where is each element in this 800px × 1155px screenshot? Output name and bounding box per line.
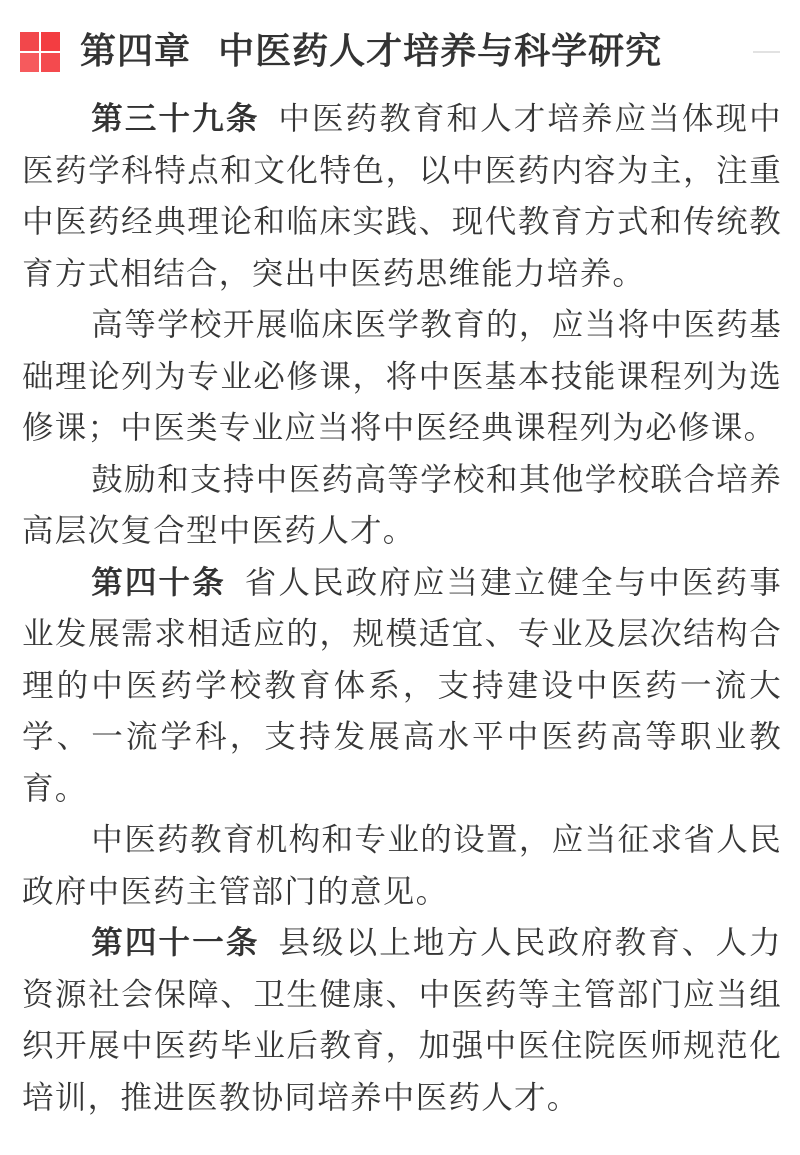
article-40-paragraph-2: 中医药教育机构和专业的设置，应当征求省人民政府中医药主管部门的意见。 bbox=[22, 815, 782, 918]
article-39-paragraph-2: 高等学校开展临床医学教育的，应当将中医药基础理论列为专业必修课，将中医基本技能课… bbox=[22, 300, 782, 455]
article-40-paragraph-1: 第四十条省人民政府应当建立健全与中医药事业发展需求相适应的，规模适宜、专业及层次… bbox=[22, 558, 782, 816]
article-number: 第四十条 bbox=[91, 565, 226, 601]
paragraph-text: 高等学校开展临床医学教育的，应当将中医药基础理论列为专业必修课，将中医基本技能课… bbox=[22, 307, 782, 446]
article-39-paragraph-1: 第三十九条中医药教育和人才培养应当体现中医药学科特点和文化特色，以中医药内容为主… bbox=[22, 94, 782, 300]
article-number: 第三十九条 bbox=[91, 101, 259, 137]
article-content: 第三十九条中医药教育和人才培养应当体现中医药学科特点和文化特色，以中医药内容为主… bbox=[22, 94, 782, 1124]
paragraph-text: 鼓励和支持中医药高等学校和其他学校联合培养高层次复合型中医药人才。 bbox=[22, 462, 782, 550]
chapter-header: 第四章 中医药人才培养与科学研究 bbox=[20, 26, 790, 78]
article-number: 第四十一条 bbox=[91, 925, 259, 961]
chapter-title: 第四章 中医药人才培养与科学研究 bbox=[80, 26, 662, 78]
grid-icon-cell bbox=[20, 32, 39, 51]
article-41-paragraph-1: 第四十一条县级以上地方人民政府教育、人力资源社会保障、卫生健康、中医药等主管部门… bbox=[22, 918, 782, 1124]
header-divider bbox=[753, 51, 780, 53]
article-39-paragraph-3: 鼓励和支持中医药高等学校和其他学校联合培养高层次复合型中医药人才。 bbox=[22, 455, 782, 558]
paragraph-text: 中医药教育机构和专业的设置，应当征求省人民政府中医药主管部门的意见。 bbox=[22, 822, 782, 910]
grid-icon-cell bbox=[41, 53, 60, 72]
grid-icon-cell bbox=[41, 32, 60, 51]
grid-icon-cell bbox=[20, 53, 39, 72]
grid-icon bbox=[20, 32, 60, 72]
